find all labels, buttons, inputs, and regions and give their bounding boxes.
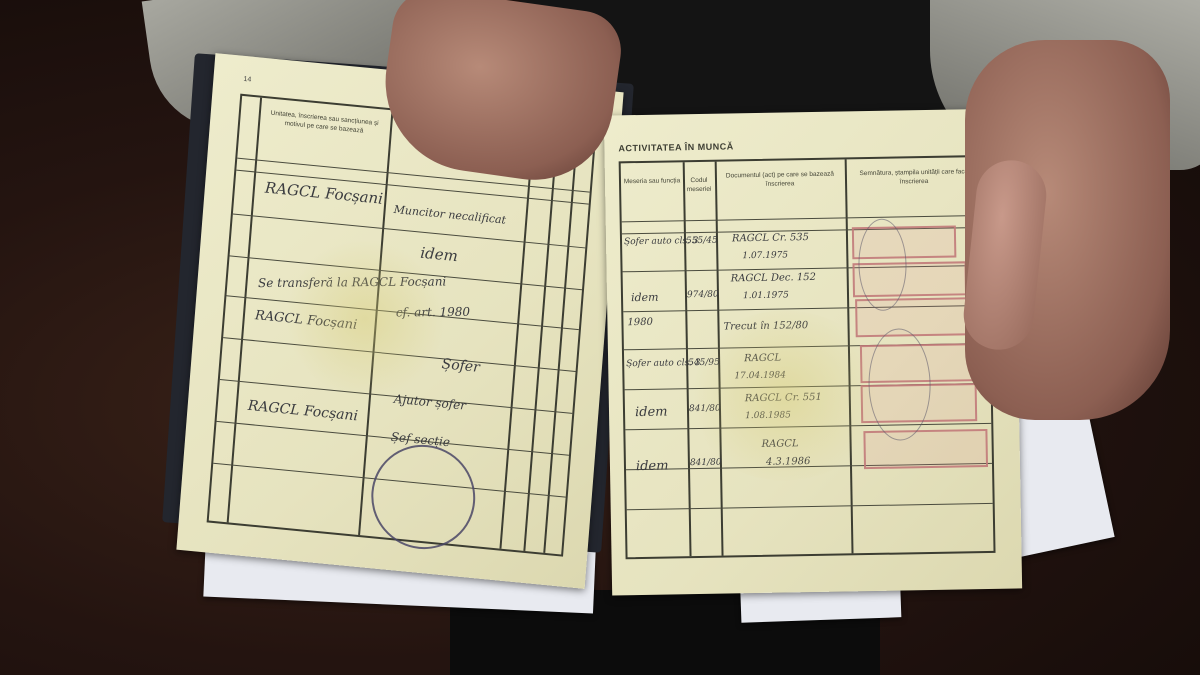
entry-date: 1.07.1975 xyxy=(742,250,788,261)
entry-function: idem xyxy=(635,405,668,421)
column-header: Documentul (act) pe care se bazează însc… xyxy=(719,169,841,189)
entry-act: RAGCL Dec. 152 xyxy=(731,272,816,284)
entry-function: idem xyxy=(636,459,669,475)
entry-unit: RAGCL Focșani xyxy=(247,398,358,425)
entry-act: RAGCL Cr. 535 xyxy=(732,232,809,244)
entry-detail: Șofer xyxy=(441,356,480,376)
page-title: ACTIVITATEA ÎN MUNCĂ xyxy=(618,141,733,153)
entry-function: idem xyxy=(631,291,659,304)
entry-date: 1.01.1975 xyxy=(743,290,789,301)
page-marker: 14 xyxy=(243,76,251,84)
column-header: Codul meseriei xyxy=(685,176,713,194)
entry-code: 555/45 xyxy=(686,236,718,247)
entry-detail: Ajutor șofer xyxy=(393,392,466,413)
activity-table: Meseria sau funcția Codul meseriei Docum… xyxy=(619,155,996,559)
entry-detail: idem xyxy=(420,244,459,266)
booklet-right-page: ACTIVITATEA ÎN MUNCĂ 15 Meseria sau func… xyxy=(604,108,1022,595)
column-header: Unitatea, înscrierea sau sancțiunea și m… xyxy=(262,108,387,138)
entry-function: 1980 xyxy=(627,317,653,328)
entry-code: 974/80 xyxy=(687,290,719,301)
round-stamp xyxy=(367,440,479,554)
red-stamp xyxy=(863,429,988,469)
column-header: Semnătura, ștampila unității care face î… xyxy=(849,167,979,187)
entry-detail: Muncitor necalificat xyxy=(393,203,506,227)
entry-code: 841/80 xyxy=(690,458,722,469)
column-header: Meseria sau funcția xyxy=(623,176,681,186)
